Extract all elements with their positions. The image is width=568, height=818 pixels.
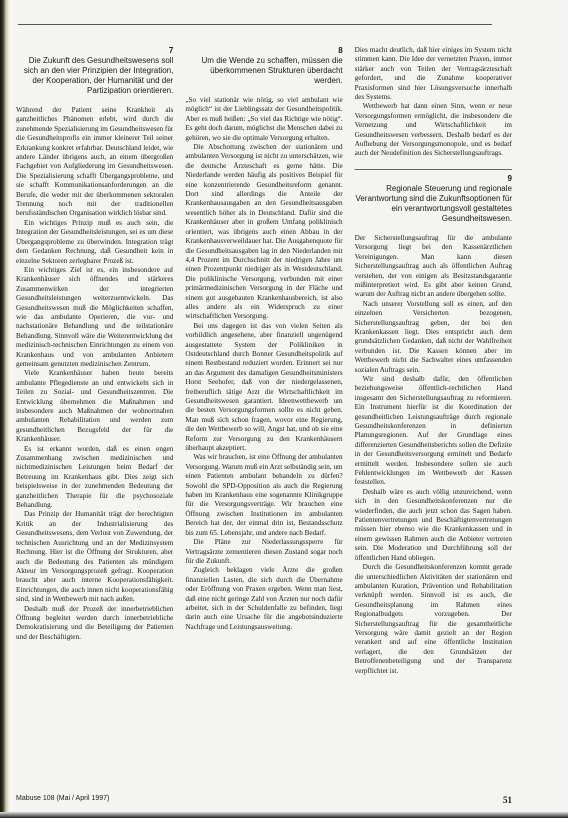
column-2: 8 Um die Wende zu schaffen, müssen die ü…	[185, 46, 342, 766]
paragraph: Bei uns dagegen ist das von vielen Seite…	[185, 322, 342, 454]
thesis-text: Regionale Steuerung und regionale Verant…	[355, 184, 512, 223]
paragraph: Zugleich beklagen viele Ärzte die großen…	[185, 566, 342, 632]
paragraph: Wir sind deshalb dafür, den öffentlichen…	[355, 375, 512, 488]
paragraph: Der Sicherstellungsauftrag für die ambul…	[355, 234, 512, 300]
paragraph: Nach unserer Vorstellung soll es einen, …	[355, 300, 512, 375]
thesis-number: 8	[185, 46, 342, 56]
thesis-number: 7	[16, 46, 173, 56]
column-3: Dies macht deutlich, daß hier einiges im…	[355, 46, 512, 766]
paragraph: Ein wichtiges Prinzip muß es auch sein, …	[16, 219, 173, 266]
column-1: 7 Die Zukunft des Gesundheitswesens soll…	[16, 46, 173, 766]
paragraph: Viele Krankenhäuser haben heute bereits …	[16, 369, 173, 444]
thesis-7: 7 Die Zukunft des Gesundheitswesens soll…	[16, 46, 173, 96]
thesis-text: Die Zukunft des Gesundheitswesens soll s…	[24, 56, 173, 95]
paragraph: Die Pläne zur Niederlassungssperre für V…	[185, 538, 342, 566]
paragraph: Wettbewerb hat dann einen Sinn, wenn er …	[355, 102, 512, 158]
thesis-9: 9 Regionale Steuerung und regionale Vera…	[355, 169, 512, 224]
article-page: 7 Die Zukunft des Gesundheitswesens soll…	[16, 46, 512, 766]
book-spine-shadow	[0, 0, 9, 818]
paragraph: Das Prinzip der Humanität trägt der bere…	[16, 510, 173, 604]
paragraph: Dies macht deutlich, daß hier einiges im…	[355, 46, 512, 102]
thesis-number: 9	[355, 174, 512, 184]
paragraph: Durch die Gesundheitskonferenzen kommt g…	[355, 563, 512, 676]
paragraph: Es ist erkannt worden, daß es einen enge…	[16, 445, 173, 511]
paragraph: Was wir brauchen, ist eine Öffnung der a…	[185, 453, 342, 538]
paragraph: Die Abschottung zwischen der stationären…	[185, 143, 342, 322]
paragraph: „So viel stationär wie nötig, so viel am…	[185, 96, 342, 143]
page-bottom-edge	[0, 812, 568, 818]
paragraph: Deshalb wäre es auch völlig unzureichend…	[355, 488, 512, 563]
paragraph: Deshalb muß der Prozeß der innerbetriebl…	[16, 605, 173, 643]
header-rule	[18, 24, 492, 25]
page-number: 51	[503, 795, 512, 805]
thesis-8: 8 Um die Wende zu schaffen, müssen die ü…	[185, 46, 342, 86]
paragraph: Ein wichtiges Ziel ist es, ein insbesond…	[16, 266, 173, 369]
footer-source: Mabuse 108 (Mai / April 1997)	[16, 795, 109, 805]
thesis-text: Um die Wende zu schaffen, müssen die übe…	[202, 56, 343, 85]
page-footer: Mabuse 108 (Mai / April 1997) 51	[16, 795, 512, 805]
paragraph: Während der Patient seine Krankheit als …	[16, 106, 173, 219]
